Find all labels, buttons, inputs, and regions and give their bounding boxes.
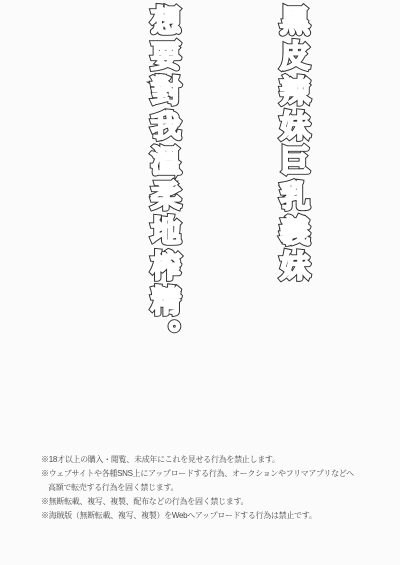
disclaimer-block: ※18才以上の購入・閲覧、未成年にこれを見せる行為を禁止します。 ※ウェブサイト… [41,453,386,523]
disclaimer-line-2: ※ウェブサイトや各種SNS上にアップロードする行為、オークションやフリマアプリな… [41,467,386,481]
disclaimer-line-4: ※無断転載、複写、複製、配布などの行為を固く禁じます。 [41,495,386,509]
vertical-title: 黑皮辣妹巨乳義妹 想要對我溫柔地榨精。 黑皮辣妹巨乳義妹 想要對我溫柔地榨精。 [55,5,399,355]
title-column-2: 想要對我溫柔地榨精。 [141,5,184,355]
scanned-doujin-disclaimer-page: 黑皮辣妹巨乳義妹 想要對我溫柔地榨精。 黑皮辣妹巨乳義妹 想要對我溫柔地榨精。 … [0,0,400,565]
disclaimer-line-3: 高額で転売する行為を固く禁じます。 [41,481,386,495]
title-column-1: 黑皮辣妹巨乳義妹 [270,5,313,355]
vertical-title-fill-layer: 黑皮辣妹巨乳義妹 想要對我溫柔地榨精。 [55,5,399,355]
disclaimer-line-5: ※海賊版（無断転載、複写、複製）をWebへアップロードする行為は禁止です。 [41,509,386,523]
disclaimer-line-1: ※18才以上の購入・閲覧、未成年にこれを見せる行為を禁止します。 [41,453,386,467]
